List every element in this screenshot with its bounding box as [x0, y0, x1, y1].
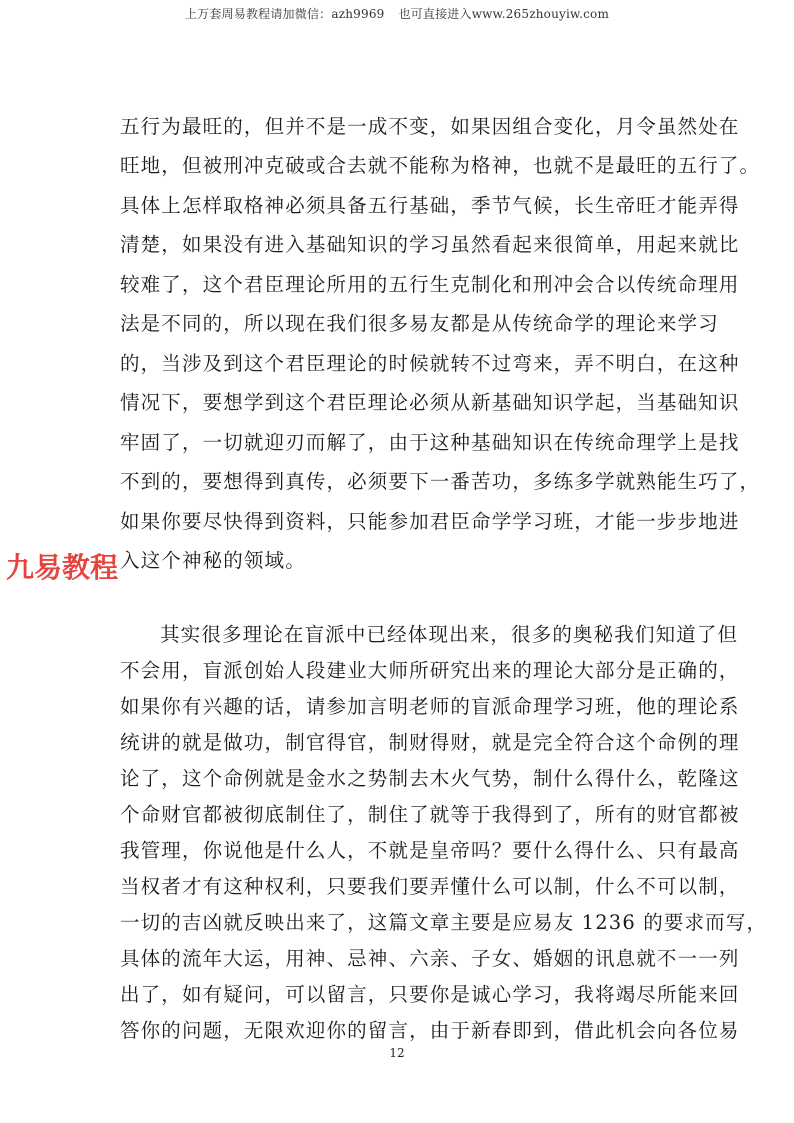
text-line: 如果你有兴趣的话，请参加言明老师的盲派命理学习班，他的理论系 [120, 695, 680, 719]
header-website-text: 也可直接进入www.265zhouyiw.com [399, 7, 610, 21]
text-line: 个命财官都被彻底制住了，制住了就等于我得到了，所有的财官都被 [120, 803, 680, 827]
text-line: 一切的吉凶就反映出来了，这篇文章主要是应易友 1236 的要求而写， [120, 911, 680, 935]
text-line: 具体的流年大运，用神、忌神、六亲、子女、婚姻的讯息就不一一列 [120, 947, 680, 971]
page-header: 上万套周易教程请加微信：azh9969也可直接进入www.265zhouyiw.… [0, 5, 794, 22]
text-line: 如果你要尽快得到资料，只能参加君臣命学学习班，才能一步步地进 [120, 510, 680, 534]
header-wechat-text: 上万套周易教程请加微信：azh9969 [185, 7, 385, 21]
text-line: 出了，如有疑问，可以留言，只要你是诚心学习，我将竭尽所能来回 [120, 983, 680, 1007]
text-line: 情况下，要想学到这个君臣理论必须从新基础知识学起，当基础知识 [120, 391, 680, 415]
page-number: 12 [0, 1046, 794, 1060]
text-line: 具体上怎样取格神必须具备五行基础，季节气候，长生帝旺才能弄得 [120, 194, 680, 218]
text-line: 旺地，但被刑冲克破或合去就不能称为格神，也就不是最旺的五行了。 [120, 154, 680, 178]
text-line: 当权者才有这种权利，只要我们要弄懂什么可以制，什么不可以制， [120, 875, 680, 899]
text-line: 的，当涉及到这个君臣理论的时候就转不过弯来，弄不明白，在这种 [120, 352, 680, 376]
text-line: 论了，这个命例就是金水之势制去木火气势，制什么得什么，乾隆这 [120, 767, 680, 791]
watermark-logo: 九易教程 [6, 546, 118, 586]
text-line: 牢固了，一切就迎刃而解了，由于这种基础知识在传统命理学上是找 [120, 431, 680, 455]
text-line: 我管理，你说他是什么人，不就是皇帝吗？要什么得什么、只有最高 [120, 839, 680, 863]
text-line: 五行为最旺的，但并不是一成不变，如果因组合变化，月令虽然处在 [120, 115, 680, 139]
text-line: 其实很多理论在盲派中已经体现出来，很多的奥秘我们知道了但 [160, 623, 720, 647]
text-line: 入这个神秘的领域。 [120, 549, 680, 573]
text-line: 不到的，要想得到真传，必须要下一番苦功，多练多学就熟能生巧了， [120, 470, 680, 494]
text-line: 答你的问题，无限欢迎你的留言，由于新春即到，借此机会向各位易 [120, 1019, 680, 1043]
text-line: 法是不同的，所以现在我们很多易友都是从传统命学的理论来学习 [120, 312, 680, 336]
text-line: 清楚，如果没有进入基础知识的学习虽然看起来很简单，用起来就比 [120, 233, 680, 257]
text-line: 统讲的就是做功，制官得官，制财得财，就是完全符合这个命例的理 [120, 731, 680, 755]
text-line: 不会用，盲派创始人段建业大师所研究出来的理论大部分是正确的， [120, 659, 680, 683]
text-line: 较难了，这个君臣理论所用的五行生克制化和刑冲会合以传统命理用 [120, 273, 680, 297]
